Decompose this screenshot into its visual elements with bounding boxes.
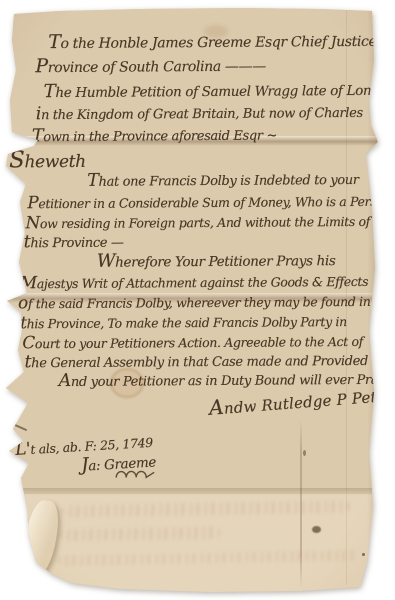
salutation-line: Province of South Carolina ———: [35, 54, 266, 78]
petition-title-line: in the Kingdom of Great Britain, But now…: [36, 102, 363, 124]
manuscript-paper: To the Honble James Greeme Esqr Chief Ju…: [0, 0, 395, 600]
body-line: Majestys Writ of Attachment against the …: [20, 270, 368, 292]
body-line: this Province —: [24, 232, 124, 253]
ink-speck: [372, 545, 377, 549]
body-line: Court to your Petitioners Action. Agreea…: [22, 330, 363, 352]
signature-flourish: [113, 467, 159, 485]
petition-title-line: The Humble Petition of Samuel Wragg late…: [43, 79, 395, 102]
salutation-line: To the Honble James Greeme Esqr Chief Ju…: [48, 28, 395, 53]
body-line: Now residing in Foreign parts, And witho…: [25, 210, 370, 232]
body-line: Petitioner in a Considerable Sum of Mone…: [27, 190, 391, 213]
manuscript-text: To the Honble James Greeme Esqr Chief Ju…: [0, 0, 395, 600]
body-line: Wherefore Your Petitioner Prays his: [97, 249, 336, 272]
body-line: That one Francis Dolby is Indebted to yo…: [87, 169, 359, 191]
manuscript-photo: To the Honble James Greeme Esqr Chief Ju…: [0, 0, 395, 600]
sheweth-heading: Sheweth: [9, 147, 86, 174]
petition-title-line: Town in the Province aforesaid Esqr ~: [32, 124, 277, 146]
body-line: of the said Francis Dolby, whereever the…: [18, 290, 370, 312]
paper-shadow-wrap: To the Honble James Greeme Esqr Chief Ju…: [0, 0, 395, 600]
body-line: this Province, To make the said Francis …: [20, 310, 347, 332]
